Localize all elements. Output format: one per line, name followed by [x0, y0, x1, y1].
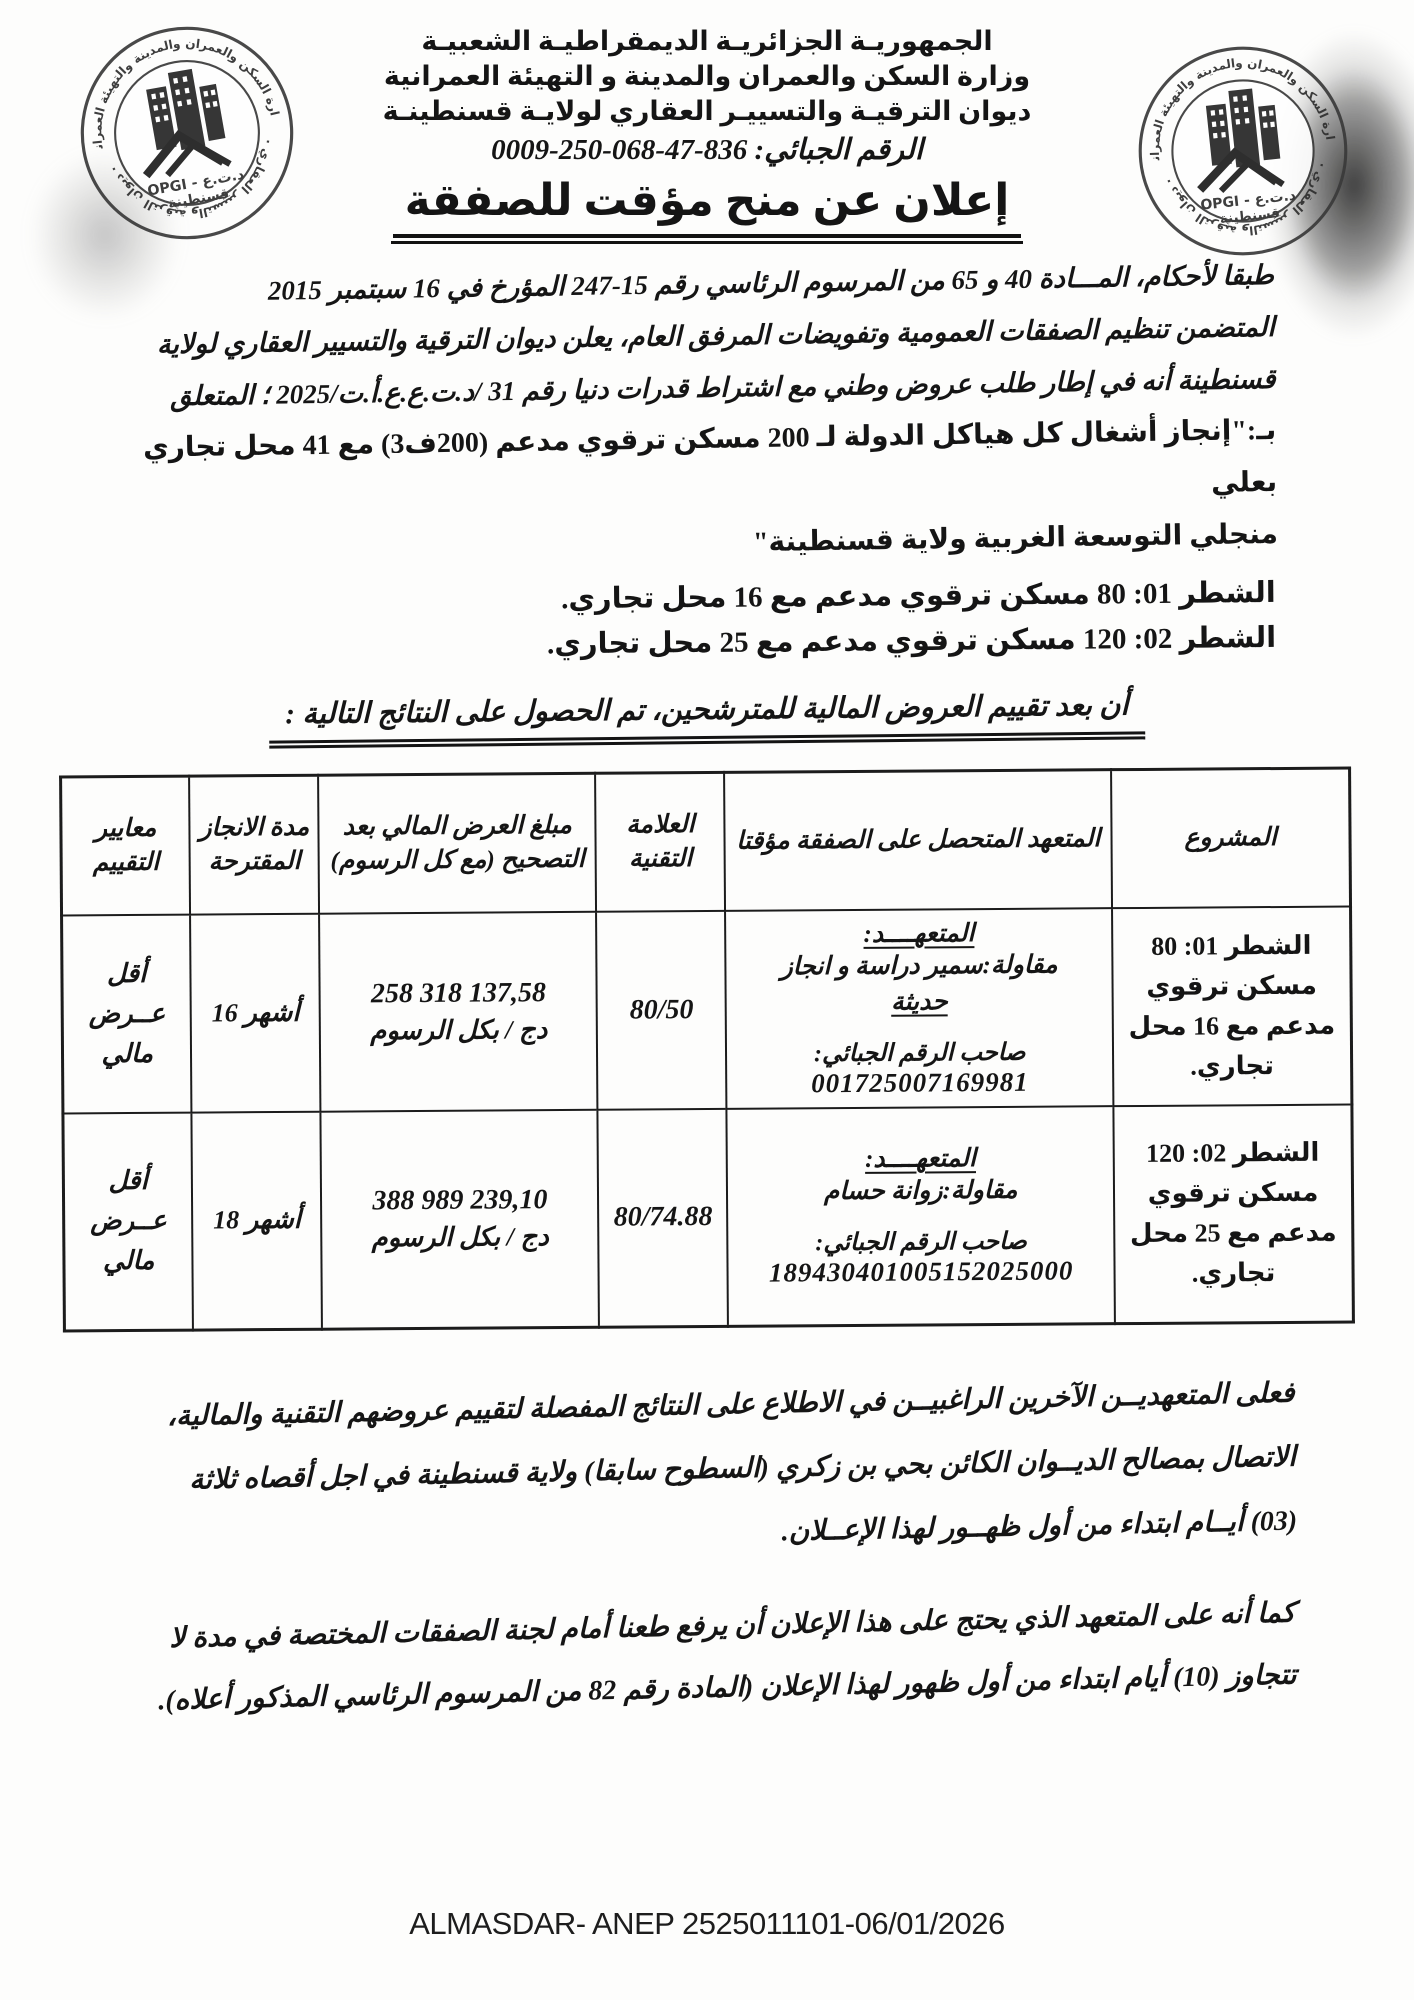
fiscal-number: 001725007169981: [735, 1066, 1104, 1100]
technical-score-cell: 80/50: [596, 910, 726, 1109]
seal-icon: وزارة السكن والعمران والمدينة والتهيئة ا…: [1123, 31, 1363, 271]
criteria-cell: أقل عــرض مالي: [62, 914, 192, 1113]
lot-2-line: الشطر 02: 120 مسكن ترقوي مدعم مع 25 محل …: [120, 616, 1276, 671]
awardee-label: المتعهــــد:: [734, 917, 1103, 950]
amount-unit: دج / بكل الرسوم: [331, 1219, 590, 1257]
col-header-criteria: معايير التقييم: [61, 776, 191, 915]
fiscal-label: صاحب الرقم الجبائي:: [735, 1037, 1104, 1069]
results-table: المشروع المتعهد المتحصل على الصفقة مؤقتا…: [59, 766, 1355, 1332]
appeal-note: كما أنه على المتعهد الذي يحتج على هذا ال…: [109, 1583, 1298, 1734]
lots-list: الشطر 01: 80 مسكن ترقوي مدعم مع 16 محل ت…: [120, 571, 1277, 671]
col-header-awardee: المتعهد المتحصل على الصفقة مؤقتا: [724, 770, 1112, 911]
amount-unit: دج / بكل الرسوم: [329, 1011, 588, 1049]
technical-score: 80/50: [630, 994, 694, 1025]
seal-icon: وزارة السكن والعمران والمدينة والتهيئة ا…: [58, 4, 315, 261]
col-header-amount: مبلغ العرض المالي بعد التصحيح (مع كل الر…: [318, 773, 596, 913]
results-intro: أن بعد تقييم العروض المالية للمترشحين، ت…: [0, 685, 1414, 747]
duration-value: 16 أشهر: [212, 997, 300, 1027]
col-header-project: المشروع: [1111, 768, 1350, 908]
anep-footer-line: ALMASDAR- ANEP 2525011101-06/01/2026: [0, 1906, 1414, 1942]
amount-cell: 388 989 239,10 دج / بكل الرسوم: [321, 1109, 600, 1329]
opgi-seal-right: وزارة السكن والعمران والمدينة والتهيئة ا…: [1123, 31, 1363, 271]
document-page: وزارة السكن والعمران والمدينة والتهيئة ا…: [0, 0, 1414, 2000]
table-row: الشطر 01: 80 مسكن ترقوي مدعم مع 16 محل ت…: [62, 906, 1352, 1113]
awardee-name: مقاولة:سمير دراسة و انجاز: [735, 947, 1104, 986]
technical-score: 80/74.88: [614, 1201, 713, 1233]
consultation-note: فعلى المتعهديــن الآخرين الراغبيــن في ا…: [108, 1362, 1298, 1579]
table-row: الشطر 02: 120 مسكن ترقوي مدعم مع 25 محل …: [63, 1104, 1353, 1331]
contract-title-line: بـ:"إنجاز أشغال كل هياكل الدولة لـ 200 م…: [120, 405, 1277, 527]
technical-score-cell: 80/74.88: [598, 1108, 728, 1327]
awardee-name-2: حديثة: [735, 983, 1104, 1022]
opgi-seal-left: وزارة السكن والعمران والمدينة والتهيئة ا…: [58, 4, 315, 261]
col-header-technical-score: العلامة التقنية: [596, 772, 726, 911]
amount-cell: 258 318 137,58 دج / بكل الرسوم: [319, 911, 598, 1111]
duration-cell: 18 أشهر: [192, 1111, 322, 1330]
project-cell: الشطر 01: 80 مسكن ترقوي مدعم مع 16 محل ت…: [1112, 906, 1352, 1106]
results-intro-line: أن بعد تقييم العروض المالية للمترشحين، ت…: [269, 687, 1145, 743]
fiscal-label: صاحب الرقم الجبائي:: [737, 1226, 1106, 1258]
awardee-cell: المتعهــــد: مقاولة:زوانة حسام صاحب الرق…: [727, 1106, 1115, 1327]
awardee-label: المتعهــــد:: [736, 1142, 1105, 1175]
amount-value: 258 318 137,58: [329, 973, 588, 1013]
fiscal-number: 189430401005152025000: [737, 1255, 1106, 1289]
col-header-duration: مدة الانجاز المقترحة: [190, 775, 320, 914]
awardee-cell: المتعهــــد: مقاولة:سمير دراسة و انجاز ح…: [725, 908, 1113, 1109]
criteria-cell: أقل عــرض مالي: [63, 1112, 193, 1331]
table-header-row: المشروع المتعهد المتحصل على الصفقة مؤقتا…: [61, 768, 1351, 915]
duration-cell: 16 أشهر: [190, 913, 320, 1112]
intro-paragraph: طبقا لأحكام، المـــادة 40 و 65 من المرسو…: [118, 249, 1279, 579]
table-header: المشروع المتعهد المتحصل على الصفقة مؤقتا…: [61, 768, 1351, 915]
page-title: إعلان عن منح مؤقت للصفقة: [393, 175, 1022, 238]
amount-value: 388 989 239,10: [330, 1181, 589, 1221]
duration-value: 18 أشهر: [213, 1205, 301, 1235]
awardee-name: مقاولة:زوانة حسام: [736, 1172, 1105, 1211]
project-cell: الشطر 02: 120 مسكن ترقوي مدعم مع 25 محل …: [1113, 1104, 1353, 1324]
